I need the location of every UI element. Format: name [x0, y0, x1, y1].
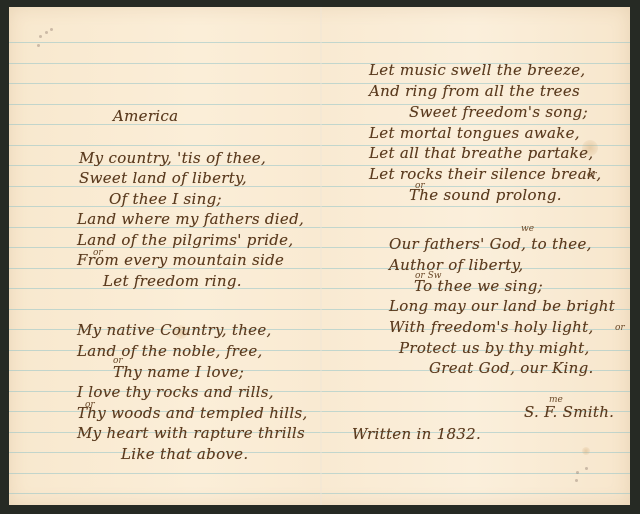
verse-line: I love thy rocks and rills, [77, 383, 274, 401]
verse-line: With freedom's holy light, [389, 318, 594, 336]
verse-line: Our fathers' God, to thee, [389, 235, 592, 253]
verse-line: Let mortal tongues awake, [369, 124, 580, 142]
verse-line: From every mountain side [77, 251, 284, 269]
ink-speck [50, 28, 53, 31]
manuscript-paper: America My country, 'tis of thee, Sweet … [9, 7, 630, 505]
verse-line: My native Country, thee, [77, 321, 272, 339]
signature: S. F. Smith. [524, 403, 614, 421]
verse-line: The sound prolong. [409, 186, 562, 204]
verse-line: My country, 'tis of thee, [79, 149, 266, 167]
verse-line: Author of liberty, [389, 256, 523, 274]
poem-title: America [113, 107, 178, 125]
verse-line: Thy woods and templed hills, [77, 404, 308, 422]
verse-line: Let rocks their silence break, [369, 165, 601, 183]
verse-line: Thy name I love; [113, 363, 244, 381]
verse-line: Land of the noble, free, [77, 342, 263, 360]
verse-line: Sweet freedom's song; [409, 103, 588, 121]
verse-line: Land where my fathers died, [77, 210, 304, 228]
verse-line: Land of the pilgrims' pride, [77, 231, 293, 249]
ink-speck [576, 471, 579, 474]
date-note: Written in 1832. [352, 425, 481, 443]
verse-line: Protect us by thy might, [399, 339, 590, 357]
verse-line: Let music swell the breeze, [369, 61, 585, 79]
verse-line: Sweet land of liberty, [79, 169, 247, 187]
ink-speck [45, 31, 48, 34]
verse-line: My heart with rapture thrills [77, 424, 305, 442]
ink-speck [585, 467, 588, 470]
verse-line: To thee we sing; [414, 277, 543, 295]
ink-speck [39, 35, 42, 38]
ink-speck [37, 44, 40, 47]
verse-line: Great God, our King. [429, 359, 594, 377]
interlinear-correction: we [521, 224, 534, 234]
interlinear-correction: or [615, 323, 625, 333]
foxing-spot [582, 447, 590, 455]
verse-line: Let all that breathe partake, [369, 144, 593, 162]
verse-line: And ring from all the trees [369, 82, 580, 100]
center-fold [320, 7, 322, 505]
ink-speck [575, 479, 578, 482]
verse-line: Long may our land be bright [389, 297, 615, 315]
verse-line: Like that above. [121, 445, 248, 463]
interlinear-correction: or [587, 170, 597, 180]
verse-line: Of thee I sing; [109, 190, 222, 208]
verse-line: Let freedom ring. [103, 272, 242, 290]
